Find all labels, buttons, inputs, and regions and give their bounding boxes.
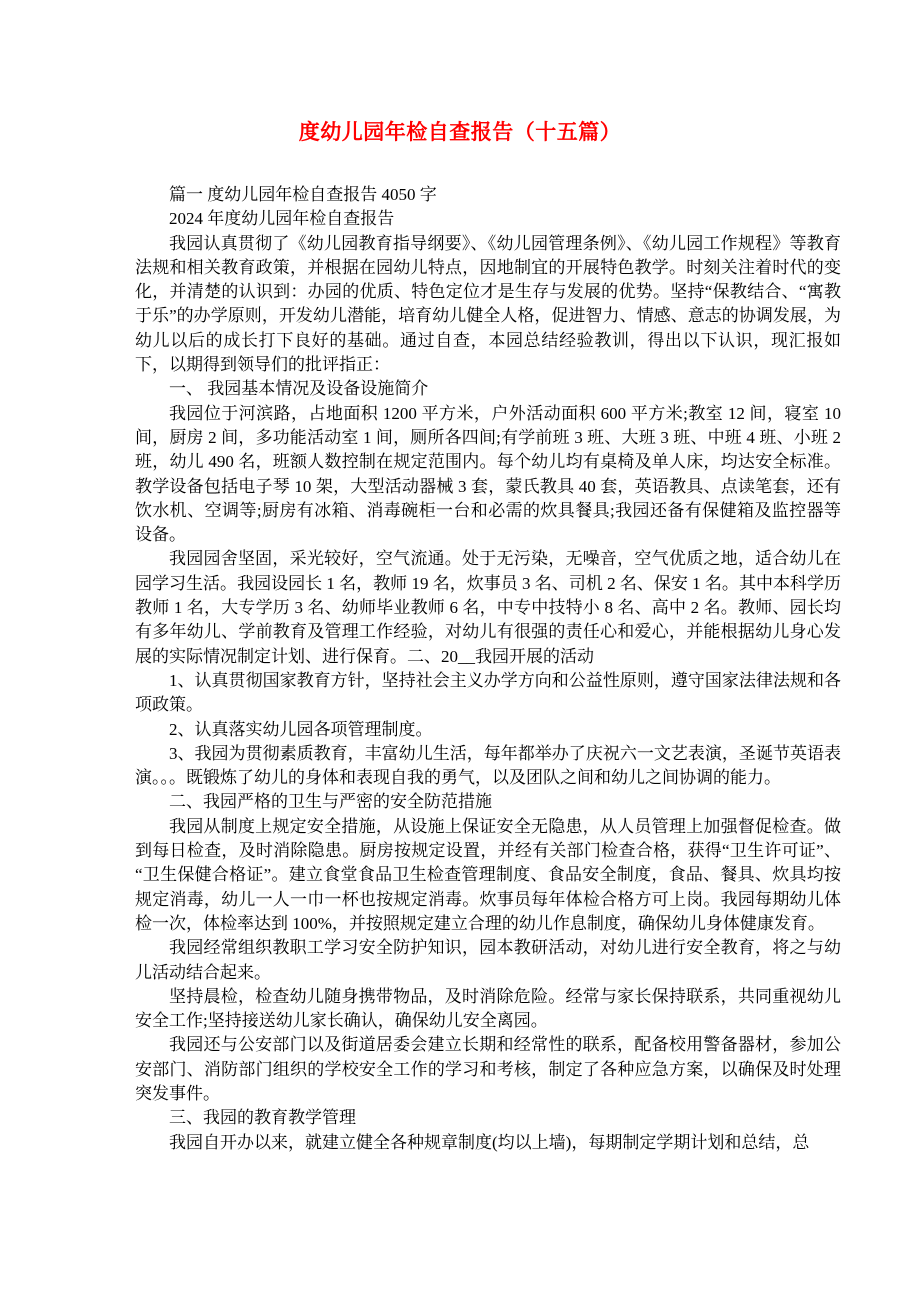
document-body: 篇一 度幼儿园年检自查报告 4050 字2024 年度幼儿园年检自查报告我园认真… <box>135 183 841 1155</box>
paragraph: 二、我园严格的卫生与严密的安全防范措施 <box>135 790 841 814</box>
paragraph: 我园认真贯彻了《幼儿园教育指导纲要》、《幼儿园管理条例》、《幼儿园工作规程》等教… <box>135 232 841 378</box>
paragraph: 坚持晨检，检查幼儿随身携带物品，及时消除危险。经常与家长保持联系，共同重视幼儿安… <box>135 985 841 1034</box>
document-title: 度幼儿园年检自查报告（十五篇） <box>0 119 920 145</box>
paragraph: 我园经常组织教职工学习安全防护知识，园本教研活动，对幼儿进行安全教育，将之与幼儿… <box>135 936 841 985</box>
paragraph: 一、 我园基本情况及设备设施简介 <box>135 377 841 401</box>
document-page: 度幼儿园年检自查报告（十五篇） 篇一 度幼儿园年检自查报告 4050 字2024… <box>0 0 920 1302</box>
paragraph: 我园自开办以来，就建立健全各种规章制度(均以上墙)，每期制定学期计划和总结，总 <box>135 1131 841 1155</box>
paragraph: 2、认真落实幼儿园各项管理制度。 <box>135 718 841 742</box>
paragraph: 篇一 度幼儿园年检自查报告 4050 字 <box>135 183 841 207</box>
paragraph: 1、认真贯彻国家教育方针，坚持社会主义办学方向和公益性原则，遵守国家法律法规和各… <box>135 669 841 718</box>
paragraph: 我园位于河滨路，占地面积 1200 平方米，户外活动面积 600 平方米;教室 … <box>135 402 841 548</box>
paragraph: 3、我园为贯彻素质教育，丰富幼儿生活，每年都举办了庆祝六一文艺表演，圣诞节英语表… <box>135 742 841 791</box>
paragraph: 我园园舍坚固，采光较好，空气流通。处于无污染，无噪音，空气优质之地，适合幼儿在园… <box>135 547 841 668</box>
paragraph: 三、我园的教育教学管理 <box>135 1106 841 1130</box>
paragraph: 2024 年度幼儿园年检自查报告 <box>135 207 841 231</box>
paragraph: 我园还与公安部门以及街道居委会建立长期和经常性的联系，配备校用警备器材，参加公安… <box>135 1033 841 1106</box>
paragraph: 我园从制度上规定安全措施，从设施上保证安全无隐患，从人员管理上加强督促检查。做到… <box>135 815 841 936</box>
